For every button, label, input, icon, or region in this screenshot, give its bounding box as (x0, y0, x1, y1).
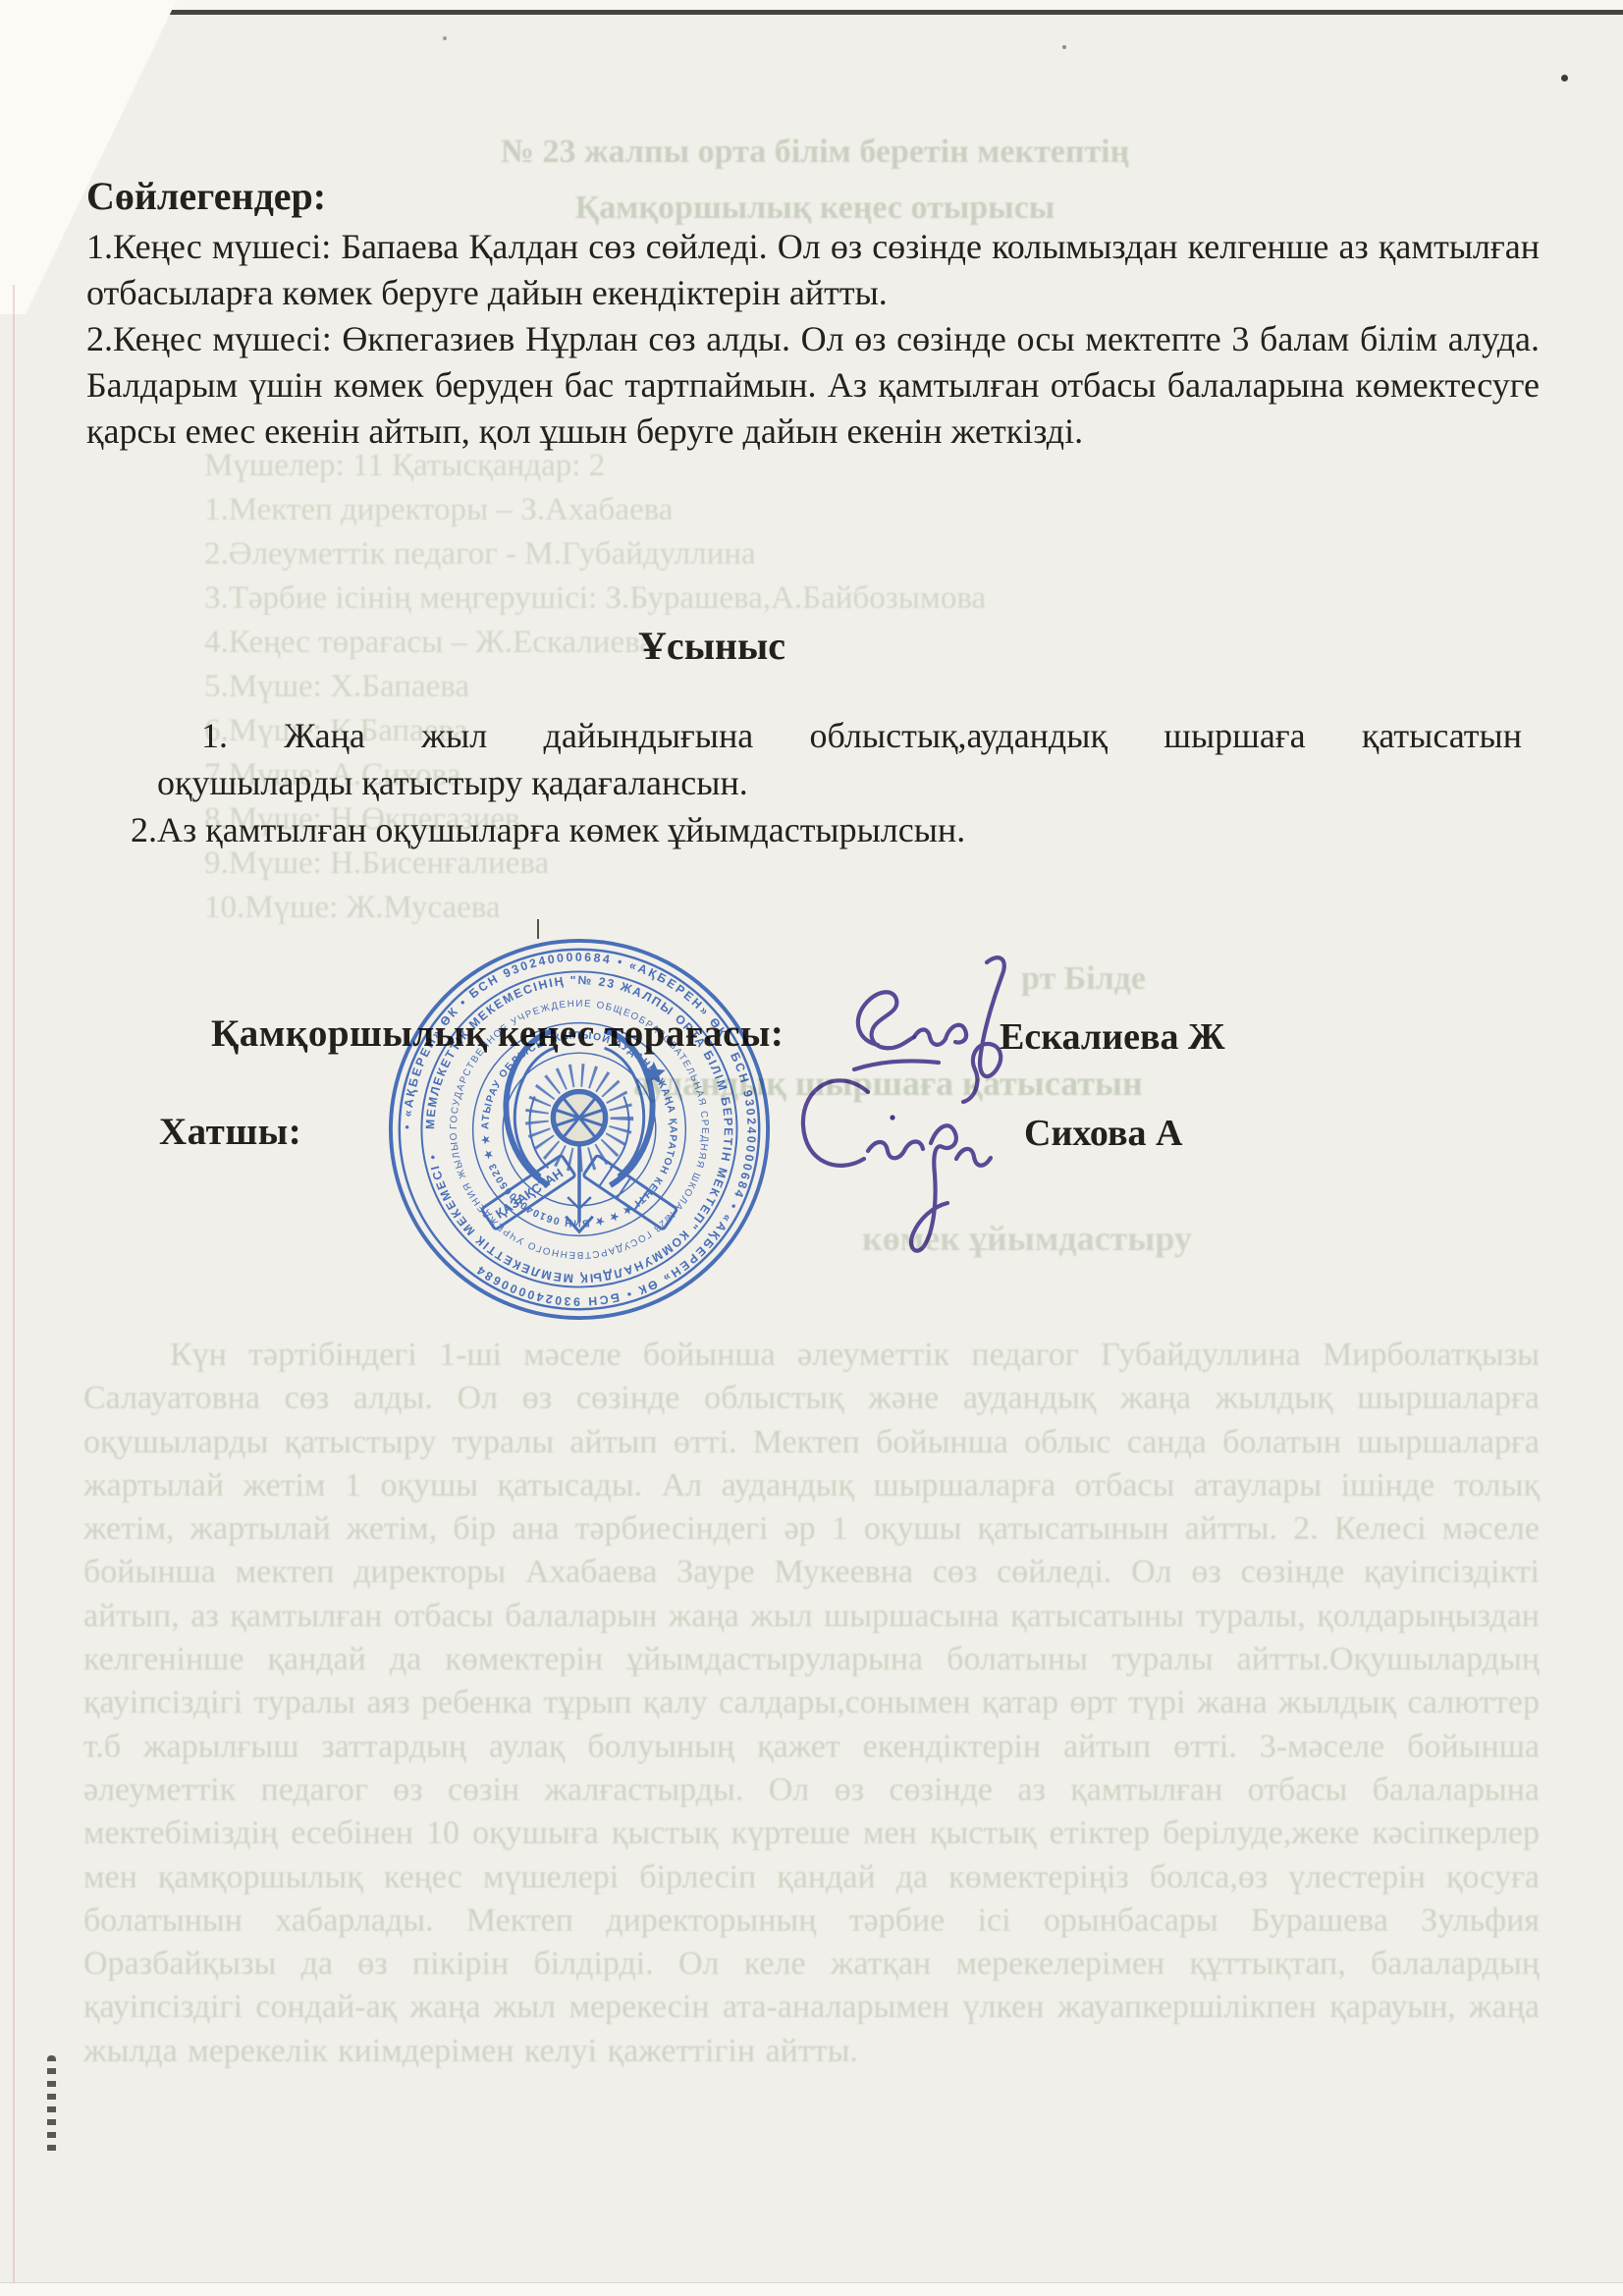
secretary-name: Сихова А (1024, 1112, 1182, 1155)
bleedthrough-title: № 23 жалпы орта білім беретін мектептің … (324, 124, 1306, 236)
bleedthrough-fragment: рт Білде (1021, 960, 1146, 998)
scanned-protocol-page: № 23 жалпы орта білім беретін мектептің … (0, 0, 1623, 2296)
scanner-bottom-strip (0, 2282, 1623, 2296)
speaker-paragraph-2: 2.Кеңес мүшесі: Өкпегазиев Нұрлан сөз ал… (86, 316, 1540, 455)
proposal-heading: Ұсыныс (88, 623, 1335, 669)
proposal-item-1-line-2: оқушыларды қатыстыру қадағалансын. (157, 762, 748, 803)
secretary-signature (774, 1049, 1000, 1280)
official-seal: • «АҚБЕРЕН» ӨК • БСН 930240000684 • «АҚБ… (386, 936, 773, 1323)
secretary-label: Хатшы: (159, 1110, 301, 1154)
ink-smudge (47, 2055, 56, 2154)
bleedthrough-participants-list: Мүшелер: 11 Қатысқандар: 2 1.Мектеп дире… (204, 444, 1333, 930)
page-top-edge-line (159, 10, 1623, 15)
dust-speck (443, 36, 447, 40)
left-edge-crease (13, 285, 15, 2296)
dust-speck (1561, 75, 1568, 82)
proposal-item-2: 2.Аз қамтылған оқушыларға көмек ұйымдаст… (131, 809, 965, 850)
speaker-paragraph-1: 1.Кеңес мүшесі: Бапаева Қалдан сөз сөйле… (86, 224, 1540, 316)
proposal-item-1-line-1: 1. Жаңа жыл дайындығына облыстық,ауданды… (201, 715, 1522, 756)
bleedthrough-paragraph: Күн тәртібіндегі 1-ші мәселе бойынша әле… (83, 1334, 1540, 2073)
dust-speck (1062, 45, 1066, 49)
speakers-heading: Сөйлегендер: (86, 173, 326, 219)
